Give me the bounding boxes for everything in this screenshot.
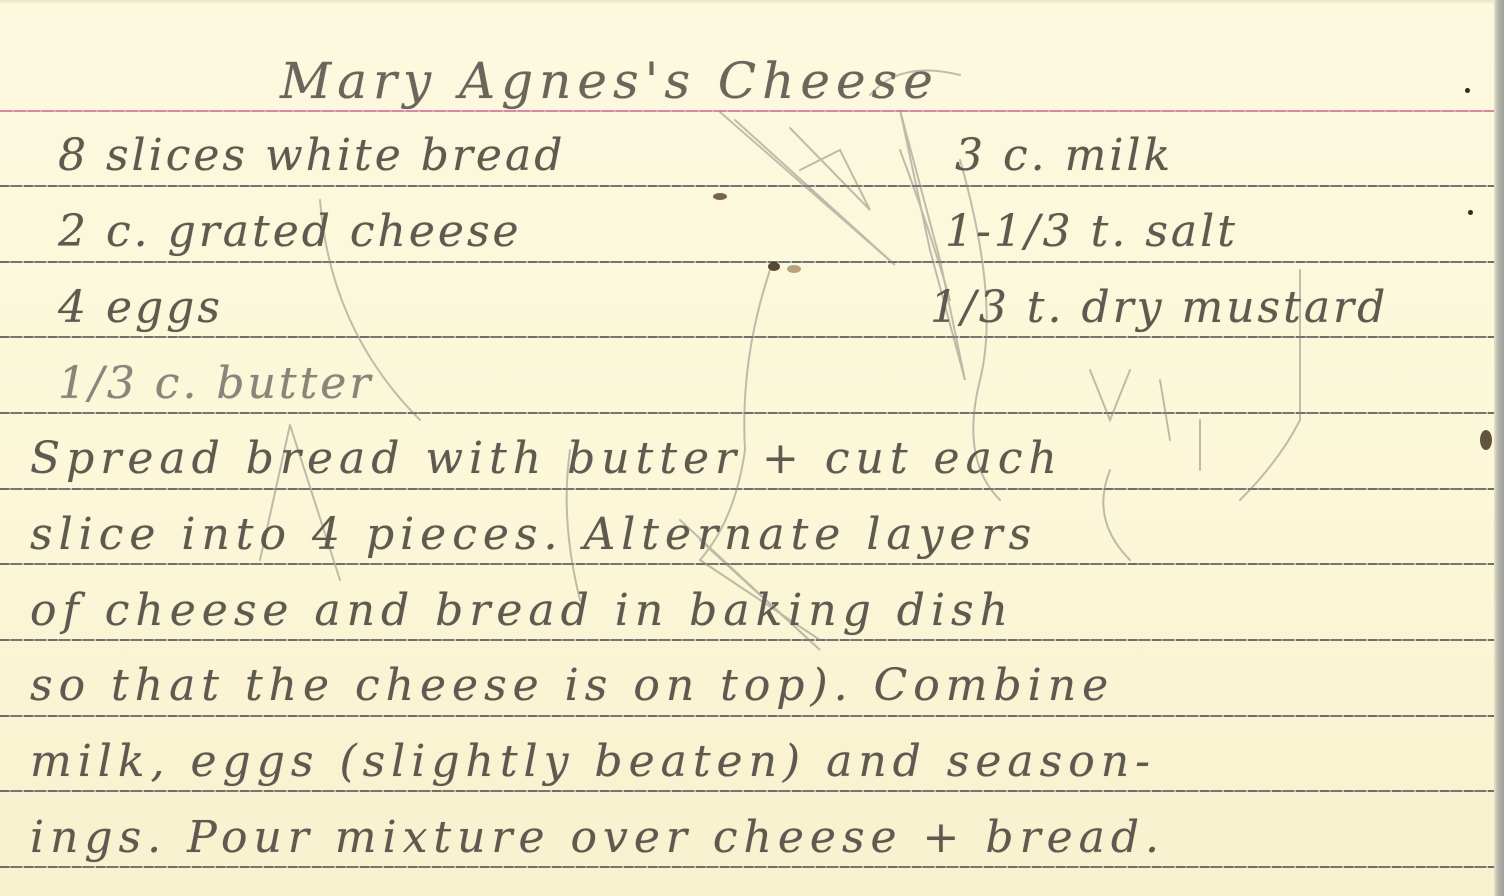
instruction-line: so that the cheese is on top). Combine: [30, 660, 1114, 711]
recipe-card: Mary Agnes's Cheese 8 slices white bread…: [0, 0, 1504, 896]
instruction-line: ings. Pour mixture over cheese + bread.: [30, 812, 1165, 863]
ingredient-right: 1/3 t. dry mustard: [930, 282, 1388, 333]
ingredient-left: 4 eggs: [58, 282, 223, 333]
ingredient-left: 2 c. grated cheese: [58, 206, 522, 257]
recipe-title: Mary Agnes's Cheese: [280, 52, 939, 110]
instruction-line: Spread bread with butter + cut each: [30, 433, 1063, 484]
ink-stain: [787, 265, 801, 273]
ingredient-right: 1-1/3 t. salt: [945, 206, 1238, 257]
ink-stain: [713, 193, 727, 200]
ingredient-left: 8 slices white bread: [58, 130, 565, 181]
instruction-line: milk, eggs (slightly beaten) and season-: [30, 736, 1156, 787]
ingredient-left: 1/3 c. butter: [58, 358, 373, 409]
ink-stain: [768, 262, 780, 271]
instruction-line: slice into 4 pieces. Alternate layers: [30, 509, 1037, 560]
ink-stain: [1480, 430, 1492, 450]
pencil-dot: [1465, 88, 1470, 93]
ingredient-right: 3 c. milk: [955, 130, 1173, 181]
pencil-dot: [1468, 210, 1473, 215]
instruction-line: of cheese and bread in baking dish: [30, 585, 1014, 636]
